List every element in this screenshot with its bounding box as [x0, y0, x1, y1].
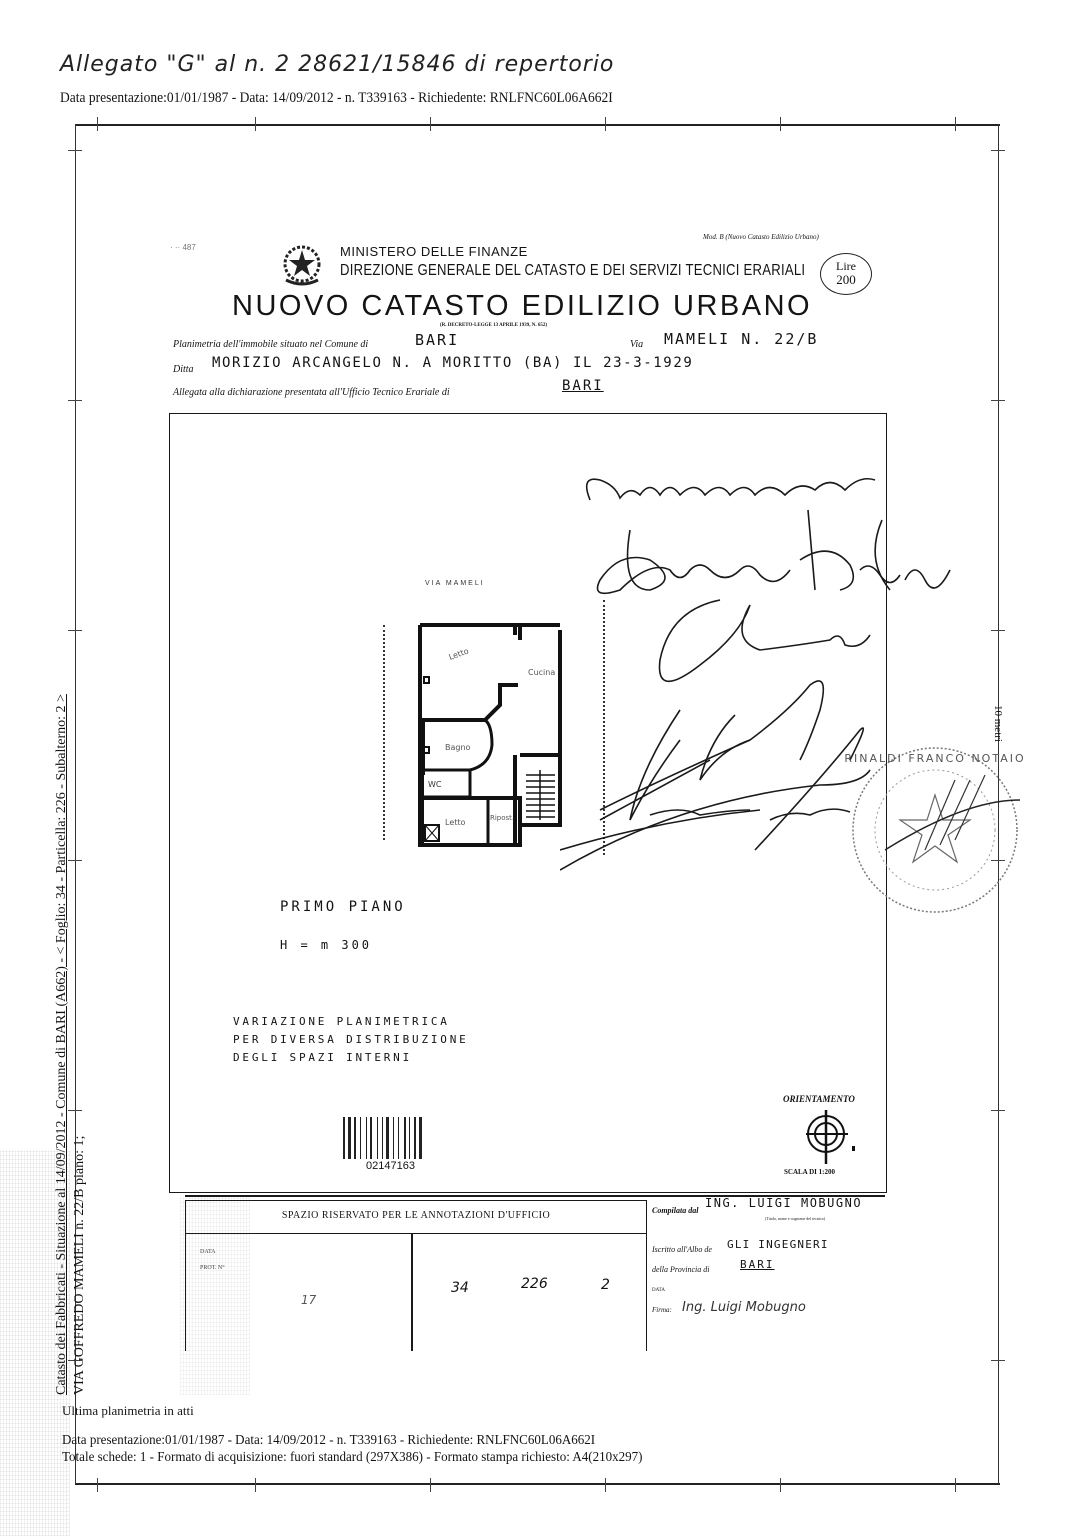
- floor-label: PRIMO PIANO: [280, 899, 406, 915]
- firma-value: Ing. Luigi Mobugno: [682, 1300, 806, 1315]
- svg-text:Letto: Letto: [445, 818, 466, 827]
- presentation-line-top: Data presentazione:01/01/1987 - Data: 14…: [60, 90, 613, 107]
- compiler-data-label: DATA: [652, 1288, 665, 1293]
- form-title: NUOVO CATASTO EDILIZIO URBANO: [232, 290, 812, 323]
- svg-text:Bagno: Bagno: [445, 743, 471, 752]
- office-annotations-box: SPAZIO RISERVATO PER LE ANNOTAZIONI D'UF…: [185, 1200, 647, 1351]
- svg-text:Ripost.: Ripost.: [490, 814, 514, 822]
- particella-value: 226: [521, 1276, 548, 1292]
- footer-format-line: Totale schede: 1 - Formato di acquisizio…: [62, 1450, 643, 1466]
- scale-ruler-label: 10 metri: [992, 705, 1004, 742]
- prot-value: 17: [301, 1293, 316, 1307]
- revenue-stamp: Lire 200: [820, 253, 872, 295]
- direction-name: DIREZIONE GENERALE DEL CATASTO E DEI SER…: [340, 262, 805, 280]
- foglio-value: 34: [451, 1280, 469, 1296]
- prot-label: PROT. N°: [200, 1265, 225, 1271]
- compilata-value: ING. LUIGI MOBUGNO: [705, 1196, 862, 1210]
- boundary-line-left: [383, 625, 385, 840]
- scale-label: SCALA DI 1:200: [784, 1168, 835, 1176]
- ministry-name: MINISTERO DELLE FINANZE: [340, 244, 528, 259]
- address-reference-line: VIA GOFFREDO MAMELI n. 22/B piano: 1;: [72, 1136, 88, 1395]
- variation-note: VARIAZIONE PLANIMETRICA PER DIVERSA DIST…: [233, 1013, 469, 1067]
- svg-text:Letto: Letto: [448, 646, 470, 661]
- comune-value: BARI: [415, 331, 459, 349]
- height-label: H = m 300: [280, 938, 372, 952]
- north-arrow-icon: [800, 1108, 860, 1168]
- corner-code: · ·· 487: [170, 243, 196, 252]
- floor-plan: Letto Cucina Bagno WC Letto Ripost.: [410, 615, 570, 855]
- subalterno-value: 2: [601, 1277, 610, 1293]
- svg-text:Cucina: Cucina: [528, 668, 555, 677]
- republic-emblem-icon: [278, 240, 326, 288]
- iscritto-value: GLI INGEGNERI: [727, 1238, 829, 1251]
- svg-text:WC: WC: [428, 780, 442, 789]
- provincia-label: della Provincia di: [652, 1265, 709, 1274]
- orientation-label: ORIENTAMENTO: [783, 1094, 855, 1104]
- via-value: MAMELI N. 22/B: [664, 330, 818, 348]
- office-box-divider: [411, 1233, 413, 1351]
- ditta-value: MORIZIO ARCANGELO N. A MORITTO (BA) IL 2…: [212, 355, 693, 371]
- allegata-value: BARI: [562, 378, 604, 394]
- frame-top: [75, 124, 1000, 126]
- barcode: [343, 1117, 428, 1159]
- allegata-label: Allegata alla dichiarazione presentata a…: [173, 387, 450, 398]
- model-label: Mod. B (Nuovo Catasto Edilizio Urbano): [703, 233, 819, 241]
- compilata-sub: (Titolo, nome e cognome del tecnico): [765, 1216, 825, 1221]
- barcode-number: 02147163: [366, 1160, 415, 1172]
- svg-text:RINALDI FRANCO NOTAIO: RINALDI FRANCO NOTAIO: [845, 752, 1025, 765]
- handwritten-annex-note: Allegato "G" al n. 2 28621/15846 di repe…: [60, 52, 614, 77]
- via-label: Via: [630, 339, 643, 350]
- firma-label: Firma:: [652, 1306, 672, 1314]
- cadastral-reference-line: Catasto dei Fabbricati - Situazione al 1…: [54, 694, 70, 1395]
- frame-bottom: [75, 1483, 1000, 1485]
- provincia-value: BARI: [740, 1258, 775, 1271]
- decree-note: (R. DECRETO-LEGGE 13 APRILE 1939, N. 652…: [440, 323, 547, 328]
- footer-presentation-line: Data presentazione:01/01/1987 - Data: 14…: [62, 1433, 595, 1449]
- ditta-label: Ditta: [173, 364, 194, 375]
- iscritto-label: Iscritto all'Albo de: [652, 1245, 712, 1254]
- office-box-title: SPAZIO RISERVATO PER LE ANNOTAZIONI D'UF…: [186, 1201, 646, 1234]
- planimetria-label: Planimetria dell'immobile situato nel Co…: [173, 339, 368, 350]
- notary-seal-icon: RINALDI FRANCO NOTAIO: [845, 740, 1025, 920]
- data-label: DATA: [200, 1249, 216, 1255]
- street-label: VIA MAMELI: [425, 580, 485, 587]
- compilata-label: Compilata dal: [652, 1206, 698, 1215]
- ultima-planimetria: Ultima planimetria in atti: [62, 1403, 194, 1419]
